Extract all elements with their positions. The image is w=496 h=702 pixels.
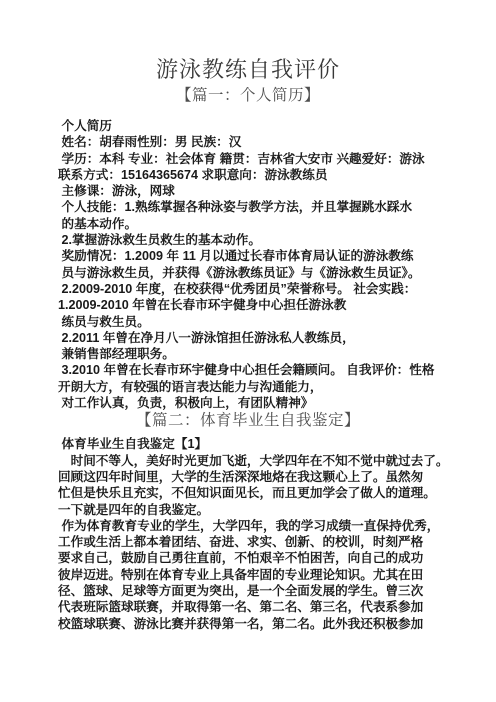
text-line: 个人技能：1.熟练掌握各种泳姿与教学方法，并且掌握跳水踩水 [58, 199, 456, 215]
section2-heading: 【篇二：体育毕业生自我鉴定】 [0, 412, 496, 430]
section1-body: 个人简历 姓名：胡春雨性别：男 民族：汉 学历：本科 专业：社会体育 籍贯：吉林… [0, 118, 496, 411]
text-line: 1.2009-2010 年曾在长春市环宇健身中心担任游泳教 [58, 297, 456, 313]
text-line: 3.2010 年曾在长春市环宇健身中心担任会籍顾问。 自我评价：性格 [58, 362, 456, 378]
text-line: 回顾这四年时间里，大学的生活深深地烙在我这颗心上了。虽然匆 [58, 469, 456, 485]
text-line: 忙但是快乐且充实，不但知识面见长，而且更加学会了做人的道理。 [58, 485, 456, 501]
text-line: 作为体育教育专业的学生，大学四年，我的学习成绩一直保持优秀， [58, 518, 456, 534]
text-line: 对工作认真，负责，积极向上，有团队精神》 [58, 395, 456, 411]
text-line: 2.2009-2010 年度，在校获得“优秀团员”荣誉称号。 社会实践： [58, 281, 456, 297]
text-line: 2.掌握游泳救生员救生的基本动作。 [58, 232, 456, 248]
document-title: 游泳教练自我评价 [0, 57, 496, 83]
document-page: 游泳教练自我评价 【篇一：个人简历】 个人简历 姓名：胡春雨性别：男 民族：汉 … [0, 0, 496, 702]
text-line: 开朗大方，有较强的语言表达能力与沟通能力， [58, 379, 456, 395]
text-line: 时间不等人，美好时光更加飞逝，大学四年在不知不觉中就过去了。 [58, 453, 456, 469]
text-line: 奖励情况：1.2009 年 11 月以通过长春市体育局认证的游泳教练 [58, 248, 456, 264]
section2-body: 体育毕业生自我鉴定【1】 时间不等人，美好时光更加飞逝，大学四年在不知不觉中就过… [0, 436, 496, 632]
text-line: 练员与救生员。 [58, 314, 456, 330]
text-line: 体育毕业生自我鉴定【1】 [58, 436, 456, 452]
text-line: 校篮球联赛、游泳比赛并获得第一名，第二名。此外我还积极参加 [58, 616, 456, 632]
text-line: 代表班际篮球联赛，并取得第一名、第二名、第三名，代表系参加 [58, 599, 456, 615]
text-line: 姓名：胡春雨性别：男 民族：汉 [58, 134, 456, 150]
text-line: 兼销售部经理职务。 [58, 346, 456, 362]
text-line: 的基本动作。 [58, 216, 456, 232]
text-line: 径、篮球、足球等方面更为突出，是一个全面发展的学生。曾三次 [58, 583, 456, 599]
section1-heading: 【篇一：个人简历】 [0, 86, 496, 106]
text-line: 一下就是四年的自我鉴定。 [58, 502, 456, 518]
text-line: 2.2011 年曾在净月八一游泳馆担任游泳私人教练员， [58, 330, 456, 346]
text-line: 要求自己，鼓励自己勇往直前，不怕艰辛不怕困苦，向自己的成功 [58, 550, 456, 566]
text-line: 员与游泳救生员，并获得《游泳教练员证》与《游泳救生员证》。 [58, 265, 456, 281]
text-line: 联系方式：15164365674 求职意向：游泳教练员 [58, 167, 456, 183]
text-line: 个人简历 [58, 118, 456, 134]
text-line: 主修课：游泳，网球 [58, 183, 456, 199]
text-line: 彼岸迈进。特别在体育专业上具备牢固的专业理论知识。尤其在田 [58, 567, 456, 583]
text-line: 学历：本科 专业：社会体育 籍贯：吉林省大安市 兴趣爱好：游泳 [58, 151, 456, 167]
text-line: 工作或生活上都本着团结、奋进、求实、创新、的校训，时刻严格 [58, 534, 456, 550]
